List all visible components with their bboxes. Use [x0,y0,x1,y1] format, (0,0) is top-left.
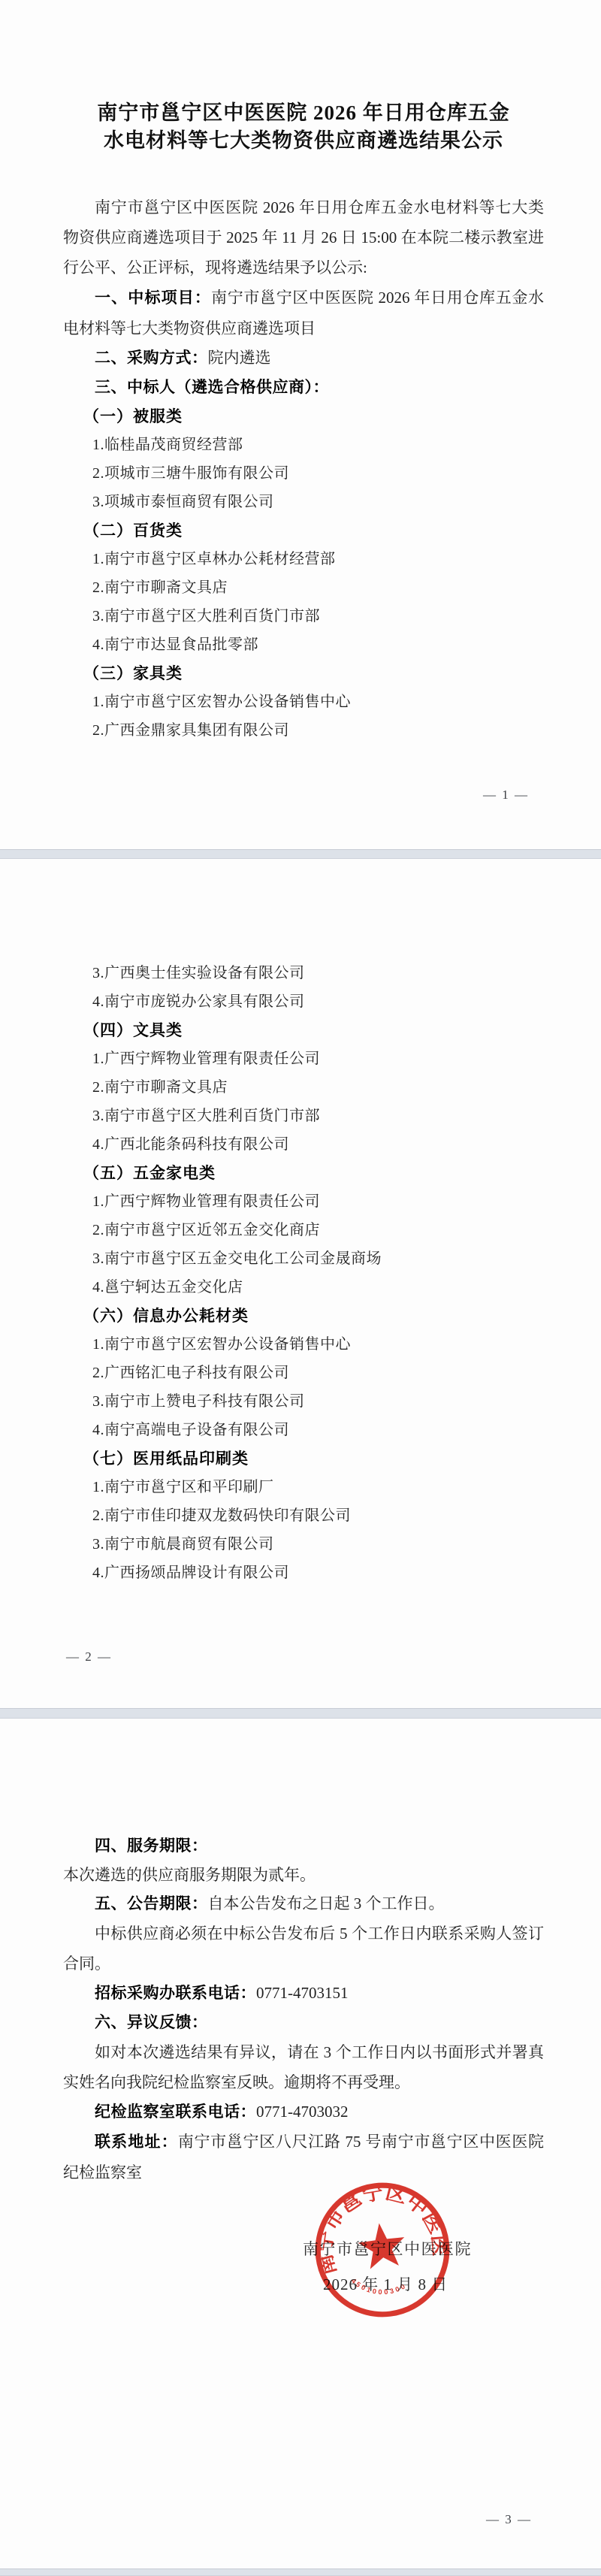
procurement-method: 二、采购方式：院内遴选 [63,343,544,373]
supplier-item: 3.广西奥士佳实验设备有限公司 [63,959,544,987]
title-line-2: 水电材料等七大类物资供应商遴选结果公示 [63,127,544,155]
contact-address-paragraph: 联系地址：南宁市邕宁区八尺江路 75 号南宁市邕宁区中医医院纪检监察室 [63,2127,544,2187]
star-icon [356,2221,408,2270]
supplier-item: 1.南宁市邕宁区和平印刷厂 [63,1473,544,1501]
service-period-heading: 四、服务期限： [63,1831,544,1861]
page-number: — 2 — [66,1649,112,1664]
supplier-item: 2.南宁市佳印捷双龙数码快印有限公司 [63,1501,544,1530]
supervision-phone-label: 纪检监察室联系电话： [95,2103,256,2121]
supplier-item: 4.南宁高端电子设备有限公司 [63,1416,544,1444]
supplier-item: 3.南宁市上赞电子科技有限公司 [63,1387,544,1416]
category-heading-general-goods: （二）百货类 [63,516,544,545]
supplier-item: 2.南宁市邕宁区近邻五金交化商店 [63,1216,544,1244]
notice-period: 五、公告期限：自本公告发布之日起 3 个工作日。 [63,1889,544,1918]
category-heading-hardware-appliance: （五）五金家电类 [63,1159,544,1187]
bid-office-phone-number: 0771-4703151 [256,1984,349,2002]
supplier-item: 3.南宁市邕宁区五金交电化工公司金晟商场 [63,1244,544,1273]
intro-paragraph: 南宁市邕宁区中医医院 2026 年日用仓库五金水电材料等七大类物资供应商遴选项目… [63,192,544,283]
bid-office-phone: 招标采购办联系电话：0771-4703151 [63,1979,544,2008]
supplier-item: 4.南宁市达显食品批零部 [63,630,544,659]
supplier-item: 4.南宁市庞锐办公家具有限公司 [63,987,544,1016]
supplier-item: 3.项城市泰恒商贸有限公司 [63,488,544,516]
winners-heading: 三、中标人（遴选合格供应商）： [63,373,544,402]
category-heading-stationery: （四）文具类 [63,1016,544,1045]
supplier-item: 2.广西金鼎家具集团有限公司 [63,716,544,745]
supplier-item: 1.南宁市邕宁区宏智办公设备销售中心 [63,1330,544,1359]
supervision-phone: 纪检监察室联系电话：0771-4703032 [63,2097,544,2127]
supplier-item: 1.广西宁辉物业管理有限责任公司 [63,1187,544,1216]
award-project-label: 一、中标项目： [95,289,211,307]
supplier-item: 1.南宁市邕宁区卓林办公耗材经营部 [63,545,544,573]
supplier-item: 4.广西北能条码科技有限公司 [63,1130,544,1159]
notice-period-label: 五、公告期限： [95,1895,208,1912]
supplier-item: 2.南宁市聊斋文具店 [63,1073,544,1102]
bid-office-phone-label: 招标采购办联系电话： [95,1985,256,2002]
supplier-item: 3.南宁市航晨商贸有限公司 [63,1530,544,1559]
service-period-text: 本次遴选的供应商服务期限为贰年。 [63,1861,544,1889]
objection-label: 六、异议反馈： [95,2014,208,2031]
supplier-item: 3.南宁市邕宁区大胜利百货门市部 [63,602,544,630]
category-heading-medical-printing: （七）医用纸品印刷类 [63,1444,544,1473]
title-line-1: 南宁市邕宁区中医医院 2026 年日用仓库五金 [63,99,544,127]
page-number: — 1 — [483,788,529,803]
page-2: 3.广西奥士佳实验设备有限公司 4.南宁市庞锐办公家具有限公司 （四）文具类 1… [0,859,601,1708]
supplier-item: 2.南宁市聊斋文具店 [63,573,544,602]
supplier-item: 3.南宁市邕宁区大胜利百货门市部 [63,1102,544,1130]
category-heading-furniture: （三）家具类 [63,659,544,688]
supplier-item: 4.邕宁轲达五金交化店 [63,1273,544,1302]
supplier-item: 1.南宁市邕宁区宏智办公设备销售中心 [63,688,544,716]
supplier-item: 2.项城市三塘牛服饰有限公司 [63,459,544,488]
supervision-phone-number: 0771-4703032 [256,2103,349,2121]
award-project-paragraph: 一、中标项目：南宁市邕宁区中医医院 2026 年日用仓库五金水电材料等七大类物资… [63,283,544,343]
page-number: — 3 — [486,2512,532,2527]
supplier-item: 2.广西铭汇电子科技有限公司 [63,1359,544,1387]
supplier-item: 1.临桂晶茂商贸经营部 [63,431,544,459]
notice-period-text: 自本公告发布之日起 3 个工作日。 [208,1894,445,1912]
category-heading-bedding: （一）被服类 [63,402,544,431]
page-separator [0,2568,601,2576]
objection-paragraph: 如对本次遴选结果有异议，请在 3 个工作日内以书面形式并署真实姓名向我院纪检监察… [63,2037,544,2097]
category-heading-it-consumables: （六）信息办公耗材类 [63,1302,544,1330]
page-3: 四、服务期限： 本次遴选的供应商服务期限为贰年。 五、公告期限：自本公告发布之日… [0,1719,601,2568]
service-period-label: 四、服务期限： [95,1837,208,1855]
document-title: 南宁市邕宁区中医医院 2026 年日用仓库五金 水电材料等七大类物资供应商遴选结… [63,0,544,155]
page-separator [0,849,601,859]
procurement-method-label: 二、采购方式： [95,349,208,367]
procurement-method-text: 院内遴选 [208,349,271,367]
official-seal: 南宁市邕宁区中医医院 4501000300 [301,2169,464,2331]
seal-code: 4501000300 [349,2270,409,2299]
page-separator [0,1708,601,1719]
winners-heading-label: 三、中标人（遴选合格供应商）： [95,379,329,396]
page-1: 南宁市邕宁区中医医院 2026 年日用仓库五金 水电材料等七大类物资供应商遴选结… [0,0,601,849]
supplier-item: 1.广西宁辉物业管理有限责任公司 [63,1045,544,1073]
contact-address-label: 联系地址： [95,2133,178,2151]
contract-paragraph: 中标供应商必须在中标公告发布后 5 个工作日内联系采购人签订合同。 [63,1918,544,1979]
supplier-item: 4.广西扬颂品牌设计有限公司 [63,1559,544,1587]
objection-heading: 六、异议反馈： [63,2008,544,2037]
